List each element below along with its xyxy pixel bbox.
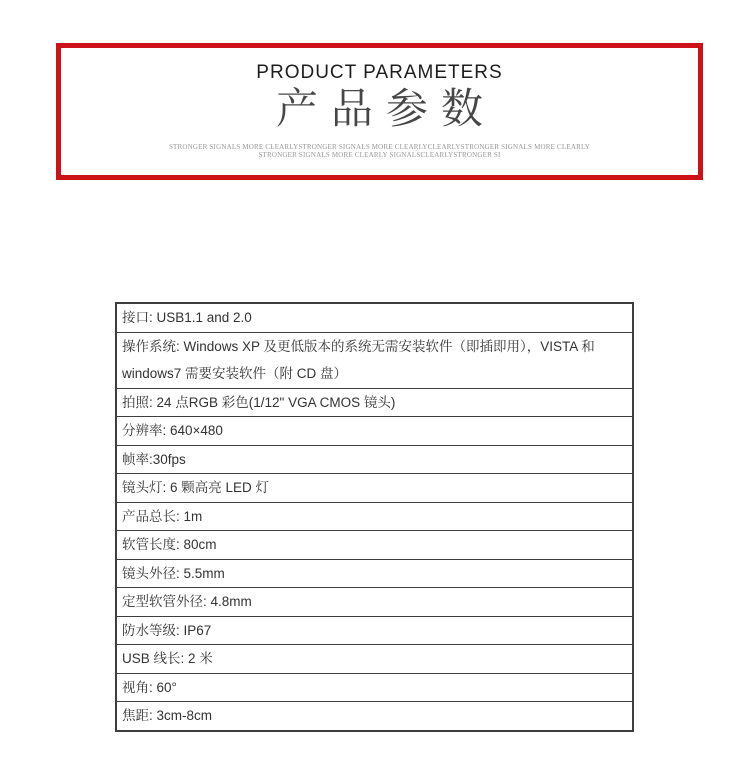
spec-row-waterproof-rating: 防水等级: IP67 [117, 617, 632, 646]
spec-row-operating-system: 操作系统: Windows XP 及更低版本的系统无需安装软件（即插即用），VI… [117, 333, 632, 389]
spec-table: 接口: USB1.1 and 2.0 操作系统: Windows XP 及更低版… [115, 302, 634, 732]
product-parameters-page: PRODUCT PARAMETERS 产品参数 STRONGER SIGNALS… [0, 0, 750, 783]
banner-tagline: STRONGER SIGNALS MORE CLEARLYSTRONGER SI… [61, 143, 698, 159]
spec-row-shaped-tube-diameter: 定型软管外径: 4.8mm [117, 588, 632, 617]
spec-row-lens-light: 镜头灯: 6 颗高亮 LED 灯 [117, 474, 632, 503]
spec-row-total-length: 产品总长: 1m [117, 503, 632, 532]
banner-title-en: PRODUCT PARAMETERS [61, 63, 698, 83]
spec-row-resolution: 分辨率: 640×480 [117, 417, 632, 446]
spec-row-tube-length: 软管长度: 80cm [117, 531, 632, 560]
spec-row-focal-distance: 焦距: 3cm-8cm [117, 702, 632, 730]
spec-row-view-angle: 视角: 60° [117, 674, 632, 703]
spec-row-photo: 拍照: 24 点RGB 彩色(1/12" VGA CMOS 镜头) [117, 389, 632, 418]
banner-tagline-line1: STRONGER SIGNALS MORE CLEARLYSTRONGER SI… [61, 143, 698, 151]
banner-tagline-line2: STRONGER SIGNALS MORE CLEARLY SIGNALSCLE… [61, 151, 698, 159]
spec-row-lens-diameter: 镜头外径: 5.5mm [117, 560, 632, 589]
spec-row-usb-cable-length: USB 线长: 2 米 [117, 645, 632, 674]
spec-row-frame-rate: 帧率:30fps [117, 446, 632, 475]
banner-title-zh: 产品参数 [61, 87, 698, 131]
product-parameters-banner: PRODUCT PARAMETERS 产品参数 STRONGER SIGNALS… [56, 43, 703, 180]
spec-row-interface: 接口: USB1.1 and 2.0 [117, 304, 632, 333]
